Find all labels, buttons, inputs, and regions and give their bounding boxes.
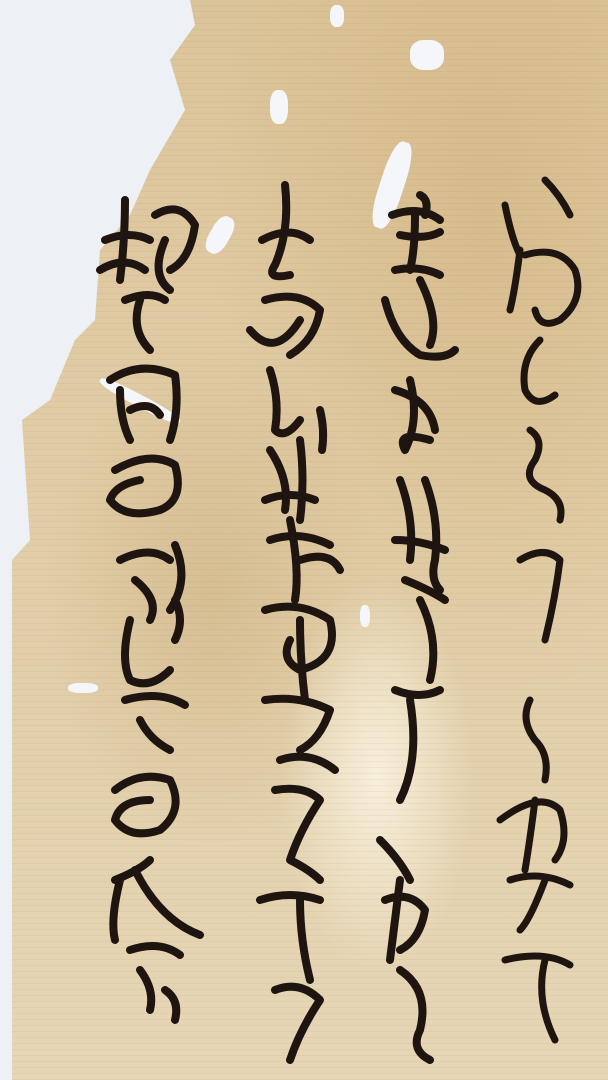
photo-frame: い徳るいありとまれや 玉遍あはまく野手へあ あちしい帖想むろしくて 秋の田の多む… bbox=[0, 0, 608, 1080]
calligraphy-ink bbox=[0, 0, 608, 1080]
column-1-strokes bbox=[500, 180, 578, 1040]
column-2-strokes bbox=[380, 195, 455, 1060]
column-3-strokes bbox=[250, 185, 340, 1060]
column-4-strokes bbox=[100, 200, 200, 1020]
